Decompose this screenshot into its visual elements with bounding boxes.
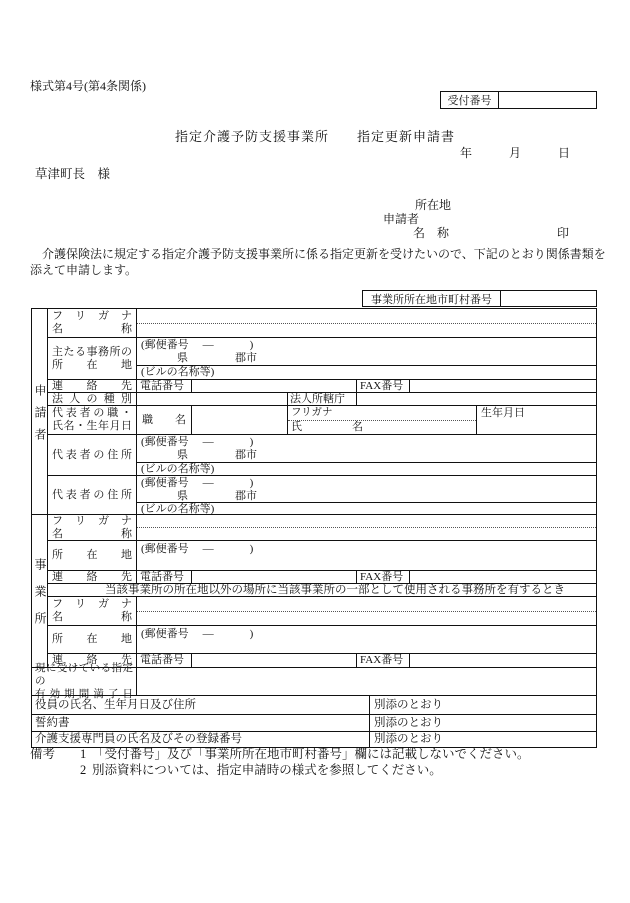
phone-label-cell: 電話番号 [136,571,191,583]
representative-address-label-cell: 代表者の住所 [48,435,136,475]
attachment-value: 別添のとおり [369,715,596,731]
fax-input-cell [409,654,596,667]
office-name-input-cell [136,515,596,540]
branch-name-row: フ リ ガ ナ 名 称 [48,596,596,625]
receipt-number-box: 受付番号 [440,91,597,109]
postal-code-line: (郵便番号―) [141,477,596,490]
prefecture-city-line: 県郡市 [141,352,596,365]
applicant-group: 申請者 フ リ ガ ナ 名 称 主たる事務所の 所 在 地 [32,309,596,514]
attachment-label: 役員の氏名、生年月日及び住所 [32,696,369,714]
document-title: 指定介護予防支援事業所 指定更新申請書 [0,126,630,145]
building-name-line: (ビルの名称等) [137,365,596,379]
office-furigana-field [137,515,596,528]
remarks-label: 備考 [30,746,68,762]
municipality-number-label: 事業所所在地市町村番号 [363,291,501,306]
contact-label: 連 絡 先 [52,380,132,393]
phone-input-cell [191,571,356,583]
date-month-label: 月 [509,144,521,161]
head-office-label-cell: 主たる事務所の 所 在 地 [48,338,136,379]
representative-name-cell: フリガナ 氏 名 [287,406,476,434]
attachment-value: 別添のとおり [369,696,596,714]
remarks-block: 備考 1 「受付番号」及び「事業所所在地市町村番号」欄には記載しないでください。… [30,746,530,778]
postal-code-line: (郵便番号―) [141,339,596,352]
municipality-number-field [501,291,596,306]
remark-text: 「受付番号」及び「事業所所在地市町村番号」欄には記載しないでください。 [92,746,530,762]
contact-label-cell: 連 絡 先 [48,380,136,392]
corporation-type-row: 法 人 の 種 別 法人所轄庁 [48,392,596,405]
furigana-label: フ リ ガ ナ [52,310,132,323]
remark-line-1: 備考 1 「受付番号」及び「事業所所在地市町村番号」欄には記載しないでください。 [30,746,530,762]
attachment-row-care-managers: 介護支援専門員の氏名及びその登録番号 別添のとおり [32,731,596,747]
attachment-label: 誓約書 [32,715,369,731]
applicant-name-label-cell: フ リ ガ ナ 名 称 [48,309,136,337]
office-group: 事業所 フ リ ガ ナ 名 称 所 在 地 [32,514,596,667]
attachment-row-officers: 役員の氏名、生年月日及び住所 別添のとおり [32,695,596,714]
corporation-type-label-cell: 法 人 の 種 別 [48,393,136,405]
sig-location-label: 所在地 [415,196,451,213]
head-office-address-cell: (郵便番号―) 県郡市 (ビルの名称等) [136,338,596,379]
attachment-label: 介護支援専門員の氏名及びその登録番号 [32,732,369,747]
applicant-name-input-cell [136,309,596,337]
representative-address-cell-2: (郵便番号―) 県郡市 (ビルの名称等) [136,476,596,514]
branch-office-note: 当該事業所の所在地以外の場所に当該事業所の一部として使用される事務所を有するとき [48,584,596,596]
representative-address-label-cell: 代表者の住所 [48,476,136,514]
office-name-label-cell: フ リ ガ ナ 名 称 [48,515,136,540]
branch-name-field [137,612,596,626]
fax-input-cell [409,571,596,583]
applicant-group-label: 申請者 [32,309,48,514]
current-designation-input-cell [136,668,596,695]
seal-mark: 印 [557,224,569,241]
receipt-number-label: 受付番号 [441,92,499,108]
applicant-furigana-field [137,309,596,324]
job-title-label-cell: 職 名 [136,406,191,434]
form-number: 様式第4号(第4条関係) [30,77,146,94]
current-designation-row: 現に受けている指定の 有 効 期 間 満 了 日 [32,667,596,695]
birth-date-cell: 生年月日 [476,406,596,434]
office-address-label-cell: 所 在 地 [48,541,136,570]
office-name-row: フ リ ガ ナ 名 称 [48,515,596,540]
applicant-name-field [137,324,596,338]
representative-label-1: 代表者の職・ [52,407,132,420]
phone-label-cell: 電話番号 [136,654,191,667]
head-office-label-2: 所 在 地 [52,359,132,372]
date-day-label: 日 [558,144,570,161]
job-title-input-cell [191,406,287,434]
corporation-authority-label-cell: 法人所轄庁 [287,393,356,405]
contact-label-cell: 連 絡 先 [48,571,136,583]
branch-address-cell: (郵便番号―) [136,626,596,653]
branch-name-label-cell: フ リ ガ ナ 名 称 [48,597,136,625]
body-paragraph: 介護保険法に規定する指定介護予防支援事業所に係る指定更新を受けたいので、下記のと… [30,246,608,278]
representative-address-cell-1: (郵便番号―) 県郡市 (ビルの名称等) [136,435,596,475]
prefecture-city-line: 県郡市 [141,449,596,462]
phone-input-cell [191,380,356,392]
municipality-number-box: 事業所所在地市町村番号 [362,290,597,307]
fax-label-cell: FAX番号 [356,571,409,583]
representative-address-row-1: 代表者の住所 (郵便番号―) 県郡市 (ビルの名称等) [48,434,596,475]
building-name-line: (ビルの名称等) [137,502,596,516]
office-address-row: 所 在 地 (郵便番号―) [48,540,596,570]
office-name-field [137,528,596,540]
branch-address-label-cell: 所 在 地 [48,626,136,653]
corporation-authority-input-cell [356,393,596,405]
office-address-cell: (郵便番号―) [136,541,596,570]
fax-input-cell [409,380,596,392]
attachment-value: 別添のとおり [369,732,596,747]
branch-address-row: 所 在 地 (郵便番号―) [48,625,596,653]
sig-name-label: 名 称 [413,224,449,241]
corporation-type-input-cell [136,393,287,405]
building-name-line: (ビルの名称等) [137,462,596,476]
head-office-label-1: 主たる事務所の [52,346,132,359]
office-contact-row: 連 絡 先 電話番号 FAX番号 [48,570,596,583]
application-table: 申請者 フ リ ガ ナ 名 称 主たる事務所の 所 在 地 [31,308,597,748]
phone-input-cell [191,654,356,667]
remark-number: 2 [68,762,92,778]
name-label: 名 称 [52,323,132,336]
representative-furigana-line: フリガナ [288,406,476,421]
current-designation-label-cell: 現に受けている指定の 有 効 期 間 満 了 日 [32,668,136,695]
remark-number: 1 [68,746,92,762]
head-office-address-row: 主たる事務所の 所 在 地 (郵便番号―) 県郡市 [48,337,596,379]
representative-address-row-2: 代表者の住所 (郵便番号―) 県郡市 (ビルの名称等) [48,475,596,514]
attachment-row-oath: 誓約書 別添のとおり [32,714,596,731]
postal-code-line: (郵便番号―) [141,436,596,449]
phone-label-cell: 電話番号 [136,380,191,392]
receipt-number-field [499,92,596,108]
addressee: 草津町長 様 [35,164,110,182]
representative-label-2: 氏名・生年月日 [52,420,132,433]
applicant-contact-row: 連 絡 先 電話番号 FAX番号 [48,379,596,392]
branch-furigana-field [137,597,596,612]
office-group-label: 事業所 [32,515,48,667]
representative-name-line: 氏 名 [288,421,476,435]
representative-row: 代表者の職・ 氏名・生年月日 職 名 フリガナ 氏 名 生年月日 [48,405,596,434]
remark-line-2: 2 別添資料については、指定申請時の様式を参照してください。 [30,762,530,778]
fax-label-cell: FAX番号 [356,654,409,667]
branch-office-note-row: 当該事業所の所在地以外の場所に当該事業所の一部として使用される事務所を有するとき [48,583,596,596]
form-page: 様式第4号(第4条関係) 受付番号 指定介護予防支援事業所 指定更新申請書 年 … [0,0,630,903]
applicant-name-row: フ リ ガ ナ 名 称 [48,309,596,337]
branch-name-input-cell [136,597,596,625]
date-year-label: 年 [460,144,472,161]
representative-label-cell: 代表者の職・ 氏名・生年月日 [48,406,136,434]
remark-text: 別添資料については、指定申請時の様式を参照してください。 [92,762,530,778]
fax-label-cell: FAX番号 [356,380,409,392]
corporation-type-label: 法 人 の 種 別 [52,393,132,406]
date-line: 年 月 日 [460,144,570,161]
